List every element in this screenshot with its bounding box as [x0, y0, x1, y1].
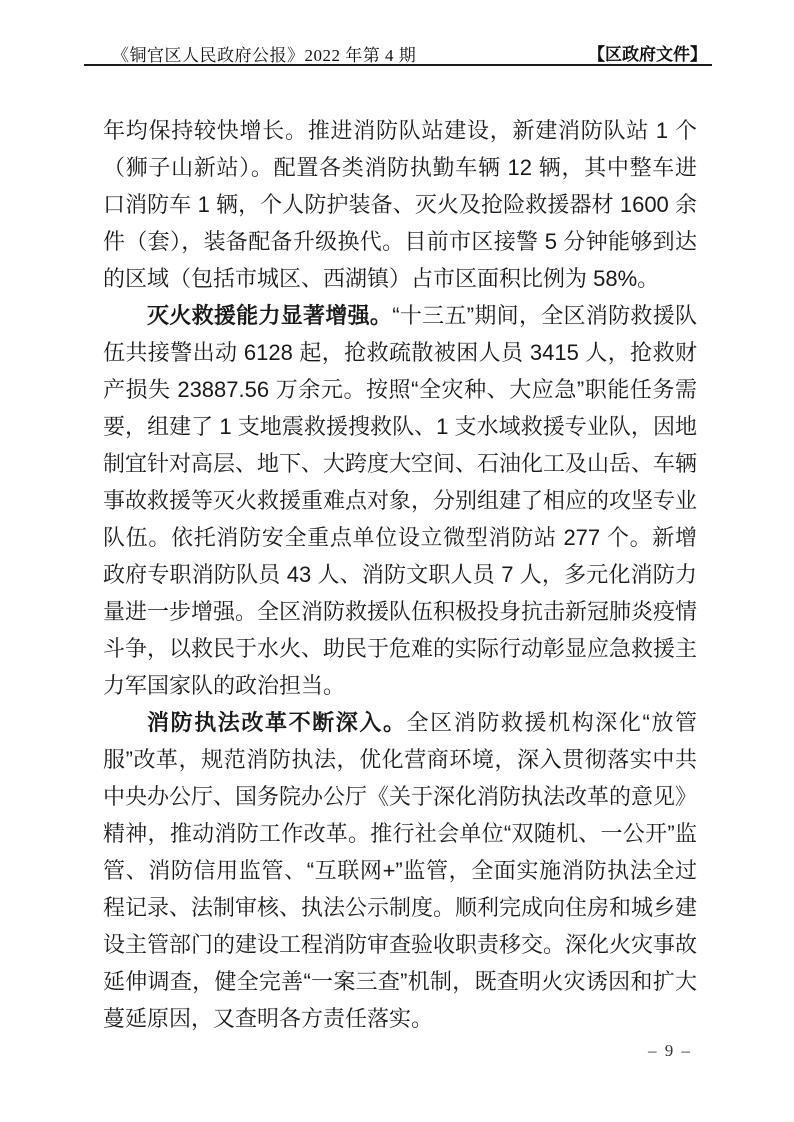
header-divider-rule [84, 64, 712, 66]
gazette-page: 《铜官区人民政府公报》2022 年第 4 期 【区政府文件】 年均保持较快增长。… [0, 0, 794, 1122]
page-number: – 9 – [640, 1041, 700, 1061]
gazette-title: 《铜官区人民政府公报》2022 年第 4 期 [112, 41, 416, 66]
document-body: 年均保持较快增长。推进消防队站建设，新建消防队站 1 个（狮子山新站）。配置各类… [103, 112, 697, 1037]
paragraph-text: “十三五”期间，全区消防救援队伍共接警出动 6128 起，抢救疏散被困人员 34… [103, 303, 697, 698]
paragraph-lead: 消防执法改革不断深入。 [147, 710, 407, 735]
paragraph-text: 全区消防救援机构深化“放管服”改革，规范消防执法，优化营商环境，深入贯彻落实中共… [103, 710, 697, 1031]
paragraph-continuation: 年均保持较快增长。推进消防队站建设，新建消防队站 1 个（狮子山新站）。配置各类… [103, 112, 697, 297]
paragraph-lead: 灭火救援能力显著增强。 [147, 303, 392, 328]
paragraph-text: 年均保持较快增长。推进消防队站建设，新建消防队站 1 个（狮子山新站）。配置各类… [103, 118, 697, 291]
document-category-label: 【区政府文件】 [588, 40, 707, 65]
paragraph-rescue-capability: 灭火救援能力显著增强。“十三五”期间，全区消防救援队伍共接警出动 6128 起，… [103, 297, 697, 704]
paragraph-law-enforcement-reform: 消防执法改革不断深入。全区消防救援机构深化“放管服”改革，规范消防执法，优化营商… [103, 704, 697, 1037]
